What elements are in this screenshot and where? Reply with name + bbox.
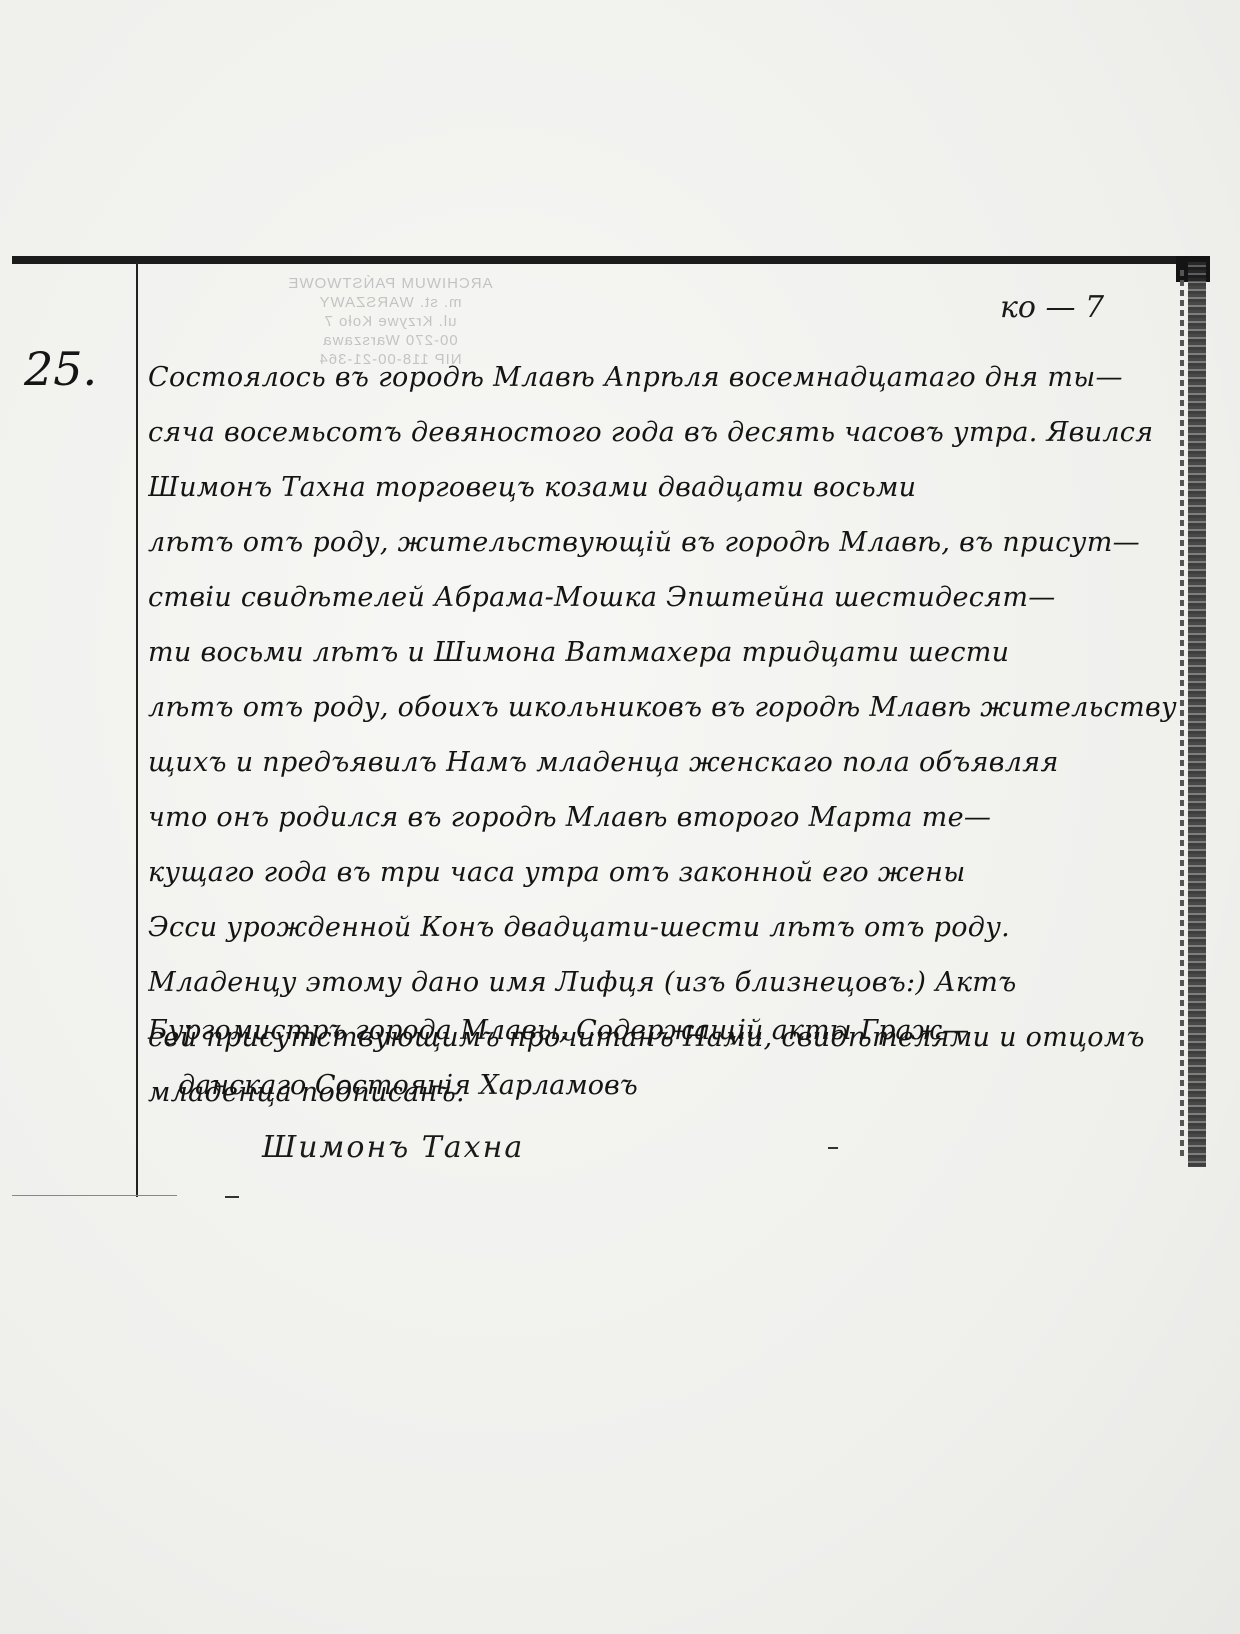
act-number: 25.: [24, 342, 97, 396]
record-line: лѣтъ отъ роду, жительствующій въ городѣ …: [148, 515, 1178, 570]
bottom-margin-rule: [12, 1195, 177, 1196]
registrar-signature-block: Бургомистръ города Млавы, Содержащій акт…: [148, 1003, 1178, 1113]
folio-note: ко — 7: [1000, 290, 1104, 325]
record-line: кущаго года въ три часа утра отъ законно…: [148, 845, 1178, 900]
stray-mark: [225, 1196, 239, 1198]
record-line: лѣтъ отъ роду, обоихъ школьниковъ въ гор…: [148, 680, 1178, 735]
record-line: ти восьми лѣтъ и Шимона Ватмахера тридца…: [148, 625, 1178, 680]
right-binding-edge: [1188, 262, 1206, 1167]
top-border-rule: [12, 256, 1210, 264]
record-line: Младенцу этому дано имя Лифця (изъ близн…: [148, 955, 1178, 1010]
stamp-line: ul. Krzywe Koło 7: [230, 312, 550, 331]
right-binding-inner-edge: [1180, 270, 1184, 1160]
registrar-title-line: Бургомистръ города Млавы, Содержащій акт…: [148, 1003, 1178, 1058]
stray-mark: [828, 1147, 838, 1149]
record-line: Состоялось въ городѣ Млавѣ Апрѣля восемн…: [148, 350, 1178, 405]
record-line: ствіи свидѣтелей Абрама-Мошка Эпштейна ш…: [148, 570, 1178, 625]
stamp-line: ARCHIWUM PAŃSTWOWE: [230, 274, 550, 293]
left-margin-rule: [136, 262, 138, 1197]
stamp-line: m. st. WARSZAWY: [230, 293, 550, 312]
stamp-line: 00-270 Warszawa: [230, 331, 550, 350]
father-signature: Шимонъ Тахна: [262, 1130, 524, 1165]
record-line: Шимонъ Тахна торговецъ козами двадцати в…: [148, 460, 1178, 515]
registrar-name-line: данскаго Состоянія Харламовъ: [148, 1058, 1178, 1113]
record-line: сяча восемьсотъ девяностого года въ деся…: [148, 405, 1178, 460]
record-line: что онъ родился въ городѣ Млавѣ второго …: [148, 790, 1178, 845]
record-line: Эсси урожденной Конъ двадцати-шести лѣтъ…: [148, 900, 1178, 955]
record-line: щихъ и предъявилъ Намъ младенца женскаго…: [148, 735, 1178, 790]
